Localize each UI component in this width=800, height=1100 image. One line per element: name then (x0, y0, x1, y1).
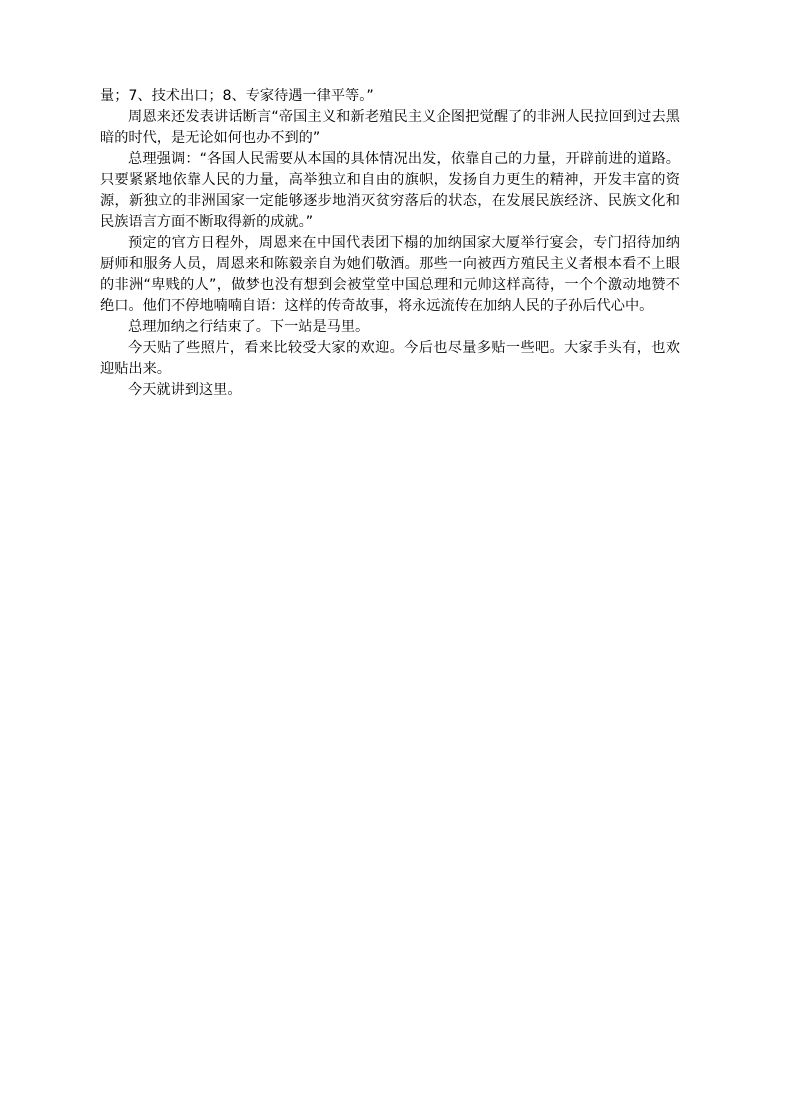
paragraph-premier-emphasis: 总理强调：“各国人民需要从本国的具体情况出发，依靠自己的力量，开辟前进的道路。只… (100, 149, 680, 233)
document-page: 量；7、技术出口；8、专家待遇一律平等。” 周恩来还发表讲话断言“帝国主义和新老… (100, 86, 680, 401)
paragraph-banquet: 预定的官方日程外，周恩来在中国代表团下榻的加纳国家大厦举行宴会，专门招待加纳厨师… (100, 233, 680, 317)
paragraph-list-continuation: 量；7、技术出口；8、专家待遇一律平等。” (100, 86, 680, 107)
paragraph-photos-note: 今天贴了些照片，看来比较受大家的欢迎。今后也尽量多贴一些吧。大家手头有，也欢迎贴… (100, 338, 680, 380)
paragraph-ghana-trip-end: 总理加纳之行结束了。下一站是马里。 (100, 317, 680, 338)
paragraph-zhou-speech: 周恩来还发表讲话断言“帝国主义和新老殖民主义企图把觉醒了的非洲人民拉回到过去黑暗… (100, 107, 680, 149)
paragraph-closing: 今天就讲到这里。 (100, 380, 680, 401)
